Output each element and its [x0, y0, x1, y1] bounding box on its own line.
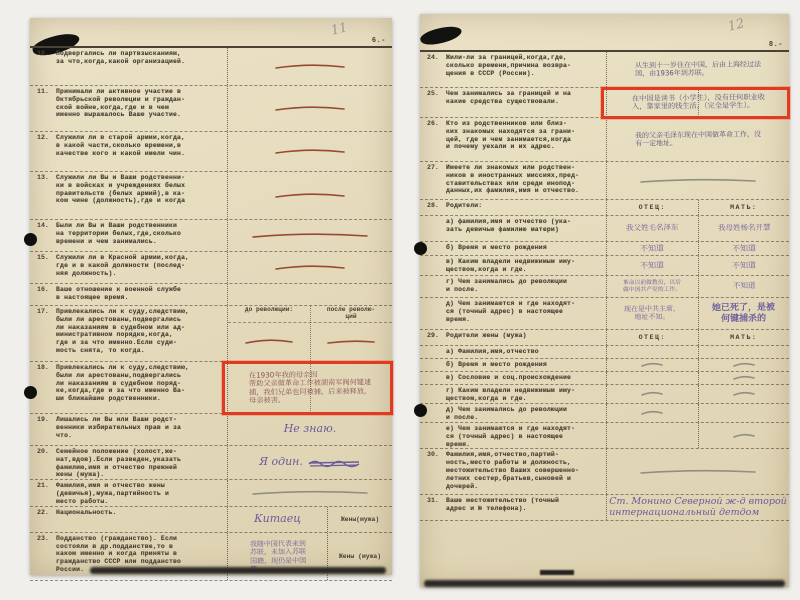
question-number: 25.: [427, 90, 446, 117]
question-text: Ваше местожительство (точный адрес и № т…: [446, 497, 559, 520]
handwritten-answer: 不知道: [640, 243, 664, 253]
answer-cell: [227, 172, 392, 219]
parents-row: е) Чем занимаются и где находят- ся (точ…: [420, 423, 789, 449]
ink-stroke-mark: [732, 432, 756, 440]
question-text: Привлекались ли к суду,следствию, были л…: [56, 364, 189, 413]
handwritten-answer: 革命以前做教员，以后 做中国共产党的工作。: [623, 279, 681, 293]
parents-row: б) Время и место рождения: [420, 359, 789, 372]
question-cell: 12.Служили ли в старой армии,когда, в ка…: [30, 132, 227, 171]
answer-column-divider: [310, 362, 311, 413]
parents-row: д) Чем занимаются и где находят- ся (точ…: [420, 298, 789, 330]
form-item: 16.Ваше отношение к военной службе в нас…: [30, 284, 392, 306]
question-cell: 26.Кто из родственников или близ- ких зн…: [420, 118, 606, 161]
form-item: 30.Фамилия,имя,отчество,партий- ность,ме…: [420, 449, 789, 495]
question-cell: 10.Подвергались ли партвзысканиям, за чт…: [30, 48, 227, 85]
question-cell: е) Чем занимаются и где находят- ся (точ…: [420, 423, 606, 448]
ink-stroke-mark: [639, 468, 757, 476]
answer-cell: [606, 449, 789, 494]
parents-row: в) Каким владели недвижимым иму- ществом…: [420, 256, 789, 276]
question-cell: 29.Родители жены (мужа): [420, 330, 606, 345]
question-text: Кто из родственников или близ- ких знако…: [446, 120, 575, 161]
question-text: Фамилия,имя и отчество жены (девичья),му…: [56, 482, 169, 505]
question-cell: 14.Были ли Вы и Ваши родственники на тер…: [30, 220, 227, 251]
question-text: Чем занимались за границей и на какие ср…: [446, 90, 571, 117]
parents-section-header: 29.Родители жены (мужа)ОТЕЦ:МАТЬ:: [420, 330, 789, 346]
answer-cell: [227, 284, 392, 305]
bottom-scan-bar: [424, 580, 785, 587]
answer-cell: [606, 162, 789, 199]
mother-answer: [698, 359, 790, 371]
answer-column-divider: [310, 306, 311, 361]
question-number: 29.: [427, 332, 446, 345]
question-number: 23.: [37, 535, 56, 580]
question-text: Родители жены (мужа): [446, 332, 527, 345]
question-text: Ваше отношение к военной службе в настоя…: [56, 286, 181, 305]
ink-stroke-mark: [251, 232, 369, 240]
question-text: Принимали ли активное участие в Октябрьс…: [56, 88, 185, 131]
question-number: 11.: [37, 88, 56, 131]
parents-row: г) Каким владели недвижимым иму- ществом…: [420, 385, 789, 404]
answer-cell: 我的父亲毛泽东现在中国做革命工作，没有一定地址。: [606, 118, 789, 161]
handwritten-answer: 我母姓杨名开慧: [717, 224, 770, 233]
answer-cell: [228, 323, 310, 361]
handwritten-answer: Ст. Монино Северной ж-д второй интернаци…: [609, 497, 787, 519]
sub-question-text: д) Чем занимаются и где находят- ся (точ…: [427, 300, 575, 329]
question-text: Подвергались ли партвзысканиям, за что,к…: [56, 50, 185, 85]
ink-stroke-mark: [640, 409, 664, 417]
mother-answer: [698, 404, 790, 422]
question-cell: 24.Жили-ли за границей,когда,где, скольк…: [420, 52, 606, 87]
form-item: 17.Привлекались ли к суду,следствию, был…: [30, 306, 392, 362]
handwritten-answer: 不知道: [732, 260, 756, 270]
sub-question-text: е) Чем занимаются и где находят- ся (точ…: [427, 425, 575, 448]
mother-answer: 我母姓杨名开慧: [698, 216, 790, 241]
question-text: Родители:: [446, 202, 482, 215]
answer-cell: [227, 220, 392, 251]
question-cell: 19.Лишались ли Вы или Ваши родст- венник…: [30, 414, 227, 445]
parents-col-header-father: ОТЕЦ:: [606, 330, 698, 345]
question-text: Служили ли в Красной армии,когда, где и …: [56, 254, 189, 283]
handwritten-answer: Я один.: [259, 456, 303, 469]
spouse-cell: Жены(мужа): [327, 507, 392, 532]
answer-cell: [227, 132, 392, 171]
question-cell: 20.Семейное положение (холост,же- нат,вд…: [30, 446, 227, 479]
question-text: Имеете ли знакомых или родствен- ников в…: [446, 164, 579, 199]
handwritten-answer: Не знаю.: [284, 423, 337, 436]
ink-stroke-mark: [732, 390, 756, 398]
handwritten-answer: 不知道: [732, 243, 756, 253]
ink-stroke-mark: [326, 338, 376, 346]
answer-cell: [227, 252, 392, 283]
sub-question-text: г) Каким владели недвижимым иму- ществом…: [427, 387, 575, 403]
sub-question-text: а) фамилия,имя и отчество (ука- зать дев…: [427, 218, 571, 241]
mother-answer: [698, 346, 790, 358]
question-text: Жили-ли за границей,когда,где, сколько в…: [446, 54, 571, 87]
question-number: 26.: [427, 120, 446, 161]
mother-answer: 她已死了，是被 何键捕杀的: [698, 298, 790, 329]
mother-answer: 不知道: [698, 276, 790, 297]
form-item: 10.Подвергались ли партвзысканиям, за чт…: [30, 48, 392, 86]
ink-stroke-mark: [274, 63, 346, 71]
handwritten-line: 苏联，未加入苏联: [249, 548, 305, 557]
question-number: 21.: [37, 482, 56, 505]
form-item: 26.Кто из родственников или близ- ких зн…: [420, 118, 789, 162]
question-number: 17.: [37, 308, 56, 361]
question-number: 12.: [37, 134, 56, 171]
handwritten-line: 国，由1936年到苏联。: [635, 69, 761, 79]
father-answer: [606, 346, 698, 358]
ink-stroke-mark: [274, 105, 346, 113]
question-cell: 15.Служили ли в Красной армии,когда, где…: [30, 252, 227, 283]
question-cell: 27.Имеете ли знакомых или родствен- нико…: [420, 162, 606, 199]
scanned-questionnaire-spread: { "colors":{ "typed_ink":"#463e33","red_…: [0, 0, 800, 600]
father-answer: 我父姓毛名泽东: [606, 216, 698, 241]
answer-cell: 从生到十一岁住在中国，后由上海经过法国，由1936年到苏联。: [606, 52, 789, 87]
form-item: 11.Принимали ли активное участие в Октяб…: [30, 86, 392, 132]
ink-stroke-mark: [274, 148, 346, 156]
form-item: 19.Лишались ли Вы или Ваши родст- венник…: [30, 414, 392, 446]
question-text: Были ли Вы и Ваши родственники на террит…: [56, 222, 181, 251]
question-cell: в) Сословие и соц.происхождение: [420, 372, 606, 384]
handwritten-line: 有一定地址。: [635, 139, 761, 149]
question-number: 19.: [37, 416, 56, 445]
question-number: 15.: [37, 254, 56, 283]
form-items-right: 24.Жили-ли за границей,когда,где, скольк…: [420, 52, 789, 521]
question-text: Фамилия,имя,отчество,партий- ность,место…: [446, 451, 579, 494]
ink-stroke-mark: [732, 361, 756, 369]
parents-col-header-father: ОТЕЦ:: [606, 200, 698, 215]
before-revolution-label: до революции:: [228, 306, 310, 322]
ink-stroke-mark: [640, 361, 664, 369]
question-number: 18.: [37, 364, 56, 413]
form-item: 22.Национальность.КитаецЖены(мужа): [30, 507, 392, 533]
question-text: Привлекались ли к суду,следствию, были л…: [56, 308, 189, 361]
sub-question-text: б) Время и место рождения: [427, 244, 547, 255]
answer-cell: [227, 480, 392, 505]
father-answer: 革命以前做教员，以后 做中国共产党的工作。: [606, 276, 698, 297]
question-text: Служили ли в старой армии,когда, в какой…: [56, 134, 185, 171]
handwritten-answer: 现在是中共主席， 地址不知。: [624, 305, 680, 322]
father-answer: [606, 359, 698, 371]
answer-column-divider: [698, 88, 699, 117]
answer-cell: [227, 86, 392, 131]
question-number: 20.: [37, 448, 56, 479]
form-items-left: 10.Подвергались ли партвзысканиям, за чт…: [30, 48, 392, 581]
ink-stroke-mark: [251, 489, 369, 497]
form-item: 25.Чем занимались за границей и на какие…: [420, 88, 789, 118]
ink-stroke-mark: [640, 390, 664, 398]
question-cell: 22.Национальность.: [30, 507, 227, 532]
corner-page-label: 6.-: [372, 37, 386, 45]
handwritten-answer: 我的父亲毛泽东现在中国做革命工作，没有一定地址。: [633, 130, 763, 150]
form-item: 13.Служили ли Вы и Ваши родственни- ки в…: [30, 172, 392, 220]
question-number: 10.: [37, 50, 56, 85]
mother-answer: 不知道: [698, 242, 790, 255]
question-cell: г) Каким владели недвижимым иму- ществом…: [420, 385, 606, 403]
father-answer: [606, 404, 698, 422]
question-cell: б) Время и место рождения: [420, 359, 606, 371]
question-cell: 17.Привлекались ли к суду,следствию, был…: [30, 306, 227, 361]
question-cell: а) фамилия,имя и отчество (ука- зать дев…: [420, 216, 606, 241]
form-item: 15.Служили ли в Красной армии,когда, где…: [30, 252, 392, 284]
father-answer: 不知道: [606, 256, 698, 275]
handwritten-answer: 从生到十一岁住在中国，后由上海经过法国，由1936年到苏联。: [633, 60, 763, 80]
parents-row: б) Время и место рождения不知道不知道: [420, 242, 789, 256]
question-cell: 21.Фамилия,имя и отчество жены (девичья)…: [30, 480, 227, 505]
pencil-page-number: 11: [330, 20, 350, 39]
question-number: 24.: [427, 54, 446, 87]
question-cell: д) Чем занимаются и где находят- ся (точ…: [420, 298, 606, 329]
question-text: Семейное положение (холост,же- нат,вдов)…: [56, 448, 181, 479]
ink-stroke-mark: [732, 374, 756, 382]
answer-cell: [310, 323, 392, 361]
page-left: 11 6.- 10.Подвергались ли партвзысканиям…: [30, 18, 392, 575]
question-cell: 31.Ваше местожительство (точный адрес и …: [420, 495, 606, 520]
parents-row: а) Фамилия,имя,отчество: [420, 346, 789, 359]
sub-question-text: в) Сословие и соц.происхождение: [427, 374, 571, 384]
parents-row: г) Чем занимались до революции и после.革…: [420, 276, 789, 298]
form-item: 27.Имеете ли знакомых или родствен- нико…: [420, 162, 789, 200]
pencil-page-number: 12: [727, 16, 747, 35]
strike-scribble: [307, 457, 361, 469]
page-left-header: 11 6.-: [30, 18, 392, 48]
answer-cell: Китаец: [227, 507, 327, 532]
bottom-scan-bar: [90, 567, 386, 574]
question-number: 14.: [37, 222, 56, 251]
question-cell: 11.Принимали ли активное участие в Октяб…: [30, 86, 227, 131]
mother-answer: [698, 372, 790, 384]
handwritten-answer: Китаец: [254, 513, 301, 526]
question-text: Лишались ли Вы или Ваши родст- венники и…: [56, 416, 181, 445]
father-answer: [606, 385, 698, 403]
parents-row: д) Чем занимались до революции и после.: [420, 404, 789, 423]
question-cell: 18.Привлекались ли к суду,следствию, был…: [30, 362, 227, 413]
question-text: Служили ли Вы и Ваши родственни- ки в во…: [56, 174, 185, 219]
after-revolution-label: после револю- ций: [310, 306, 392, 322]
sub-question-text: в) Каким владели недвижимым иму- ществом…: [427, 258, 575, 275]
handwritten-answer: 我父姓毛名泽东: [626, 224, 679, 233]
sub-question-text: а) Фамилия,имя,отчество: [427, 348, 539, 358]
mother-answer: [698, 385, 790, 403]
ink-stroke-mark: [274, 192, 346, 200]
question-number: 27.: [427, 164, 446, 199]
question-cell: г) Чем занимались до революции и после.: [420, 276, 606, 297]
parents-row: в) Сословие и соц.происхождение: [420, 372, 789, 385]
ink-stroke-mark: [244, 338, 294, 346]
form-item: 20.Семейное положение (холост,же- нат,вд…: [30, 446, 392, 480]
question-text: Национальность.: [56, 509, 117, 532]
form-item: 12.Служили ли в старой армии,когда, в ка…: [30, 132, 392, 172]
question-cell: 30.Фамилия,имя,отчество,партий- ность,ме…: [420, 449, 606, 494]
father-answer: 现在是中共主席， 地址不知。: [606, 298, 698, 329]
corner-page-label: 8.-: [769, 41, 783, 49]
parents-col-header-mother: МАТЬ:: [698, 200, 790, 215]
question-cell: 16.Ваше отношение к военной службе в нас…: [30, 284, 227, 305]
ink-stroke-mark: [639, 177, 757, 185]
form-item: 21.Фамилия,имя и отчество жены (девичья)…: [30, 480, 392, 506]
question-cell: в) Каким владели недвижимым иму- ществом…: [420, 256, 606, 275]
answer-cell: Я один.: [227, 446, 392, 479]
father-answer: [606, 423, 698, 448]
father-answer: 不知道: [606, 242, 698, 255]
question-number: 28.: [427, 202, 446, 215]
answer-cell: Не знаю.: [227, 414, 392, 445]
handwritten-answer: 她已死了，是被 何键捕杀的: [712, 303, 775, 325]
mother-answer: [698, 423, 790, 448]
page-right: 12 8.- 24.Жили-ли за границей,когда,где,…: [420, 14, 789, 587]
question-number: 22.: [37, 509, 56, 532]
answer-cell: 在1930年我的母亲因帮助父亲做革命工作被湖南军阀何键逮捕，我们兄弟也同被捕，后…: [227, 362, 392, 413]
handwritten-answer: 不知道: [732, 282, 755, 291]
answer-cell: [227, 48, 392, 85]
question-number: 30.: [427, 451, 446, 494]
question-cell: 28.Родители:: [420, 200, 606, 215]
question-cell: б) Время и место рождения: [420, 242, 606, 255]
parents-section-header: 28.Родители:ОТЕЦ:МАТЬ:: [420, 200, 789, 216]
form-item: 18.Привлекались ли к суду,следствию, был…: [30, 362, 392, 414]
answer-cell: Ст. Монино Северной ж-д второй интернаци…: [606, 495, 789, 520]
handwritten-answer: 不知道: [640, 260, 664, 270]
question-number: 31.: [427, 497, 446, 520]
sub-question-text: б) Время и место рождения: [427, 361, 547, 371]
form-item: 31.Ваше местожительство (точный адрес и …: [420, 495, 789, 521]
answer-cell: 在中国是读书（小学生），没有任何职业收入，靠家里的钱生活，（完全是学生）。: [606, 88, 789, 117]
father-answer: [606, 372, 698, 384]
question-cell: 25.Чем занимались за границей и на какие…: [420, 88, 606, 117]
form-item: 14.Были ли Вы и Ваши родственники на тер…: [30, 220, 392, 252]
sub-question-text: д) Чем занимались до революции и после.: [427, 406, 567, 422]
parents-row: а) фамилия,имя и отчество (ука- зать дев…: [420, 216, 789, 242]
page-right-header: 12 8.-: [420, 14, 789, 52]
handwritten-line: 国籍，现仍是中国: [250, 556, 306, 565]
sub-question-text: г) Чем занимались до революции и после.: [427, 278, 567, 297]
answer-cell: до революции:после револю- ций: [227, 306, 392, 361]
ink-stroke-mark: [274, 264, 346, 272]
question-cell: 13.Служили ли Вы и Ваши родственни- ки в…: [30, 172, 227, 219]
question-cell: д) Чем занимались до революции и после.: [420, 404, 606, 422]
question-cell: а) Фамилия,имя,отчество: [420, 346, 606, 358]
question-number: 13.: [37, 174, 56, 219]
form-item: 24.Жили-ли за границей,когда,где, скольк…: [420, 52, 789, 88]
ink-smudge: [540, 570, 574, 575]
question-number: 16.: [37, 286, 56, 305]
parents-col-header-mother: МАТЬ:: [698, 330, 790, 345]
mother-answer: 不知道: [698, 256, 790, 275]
